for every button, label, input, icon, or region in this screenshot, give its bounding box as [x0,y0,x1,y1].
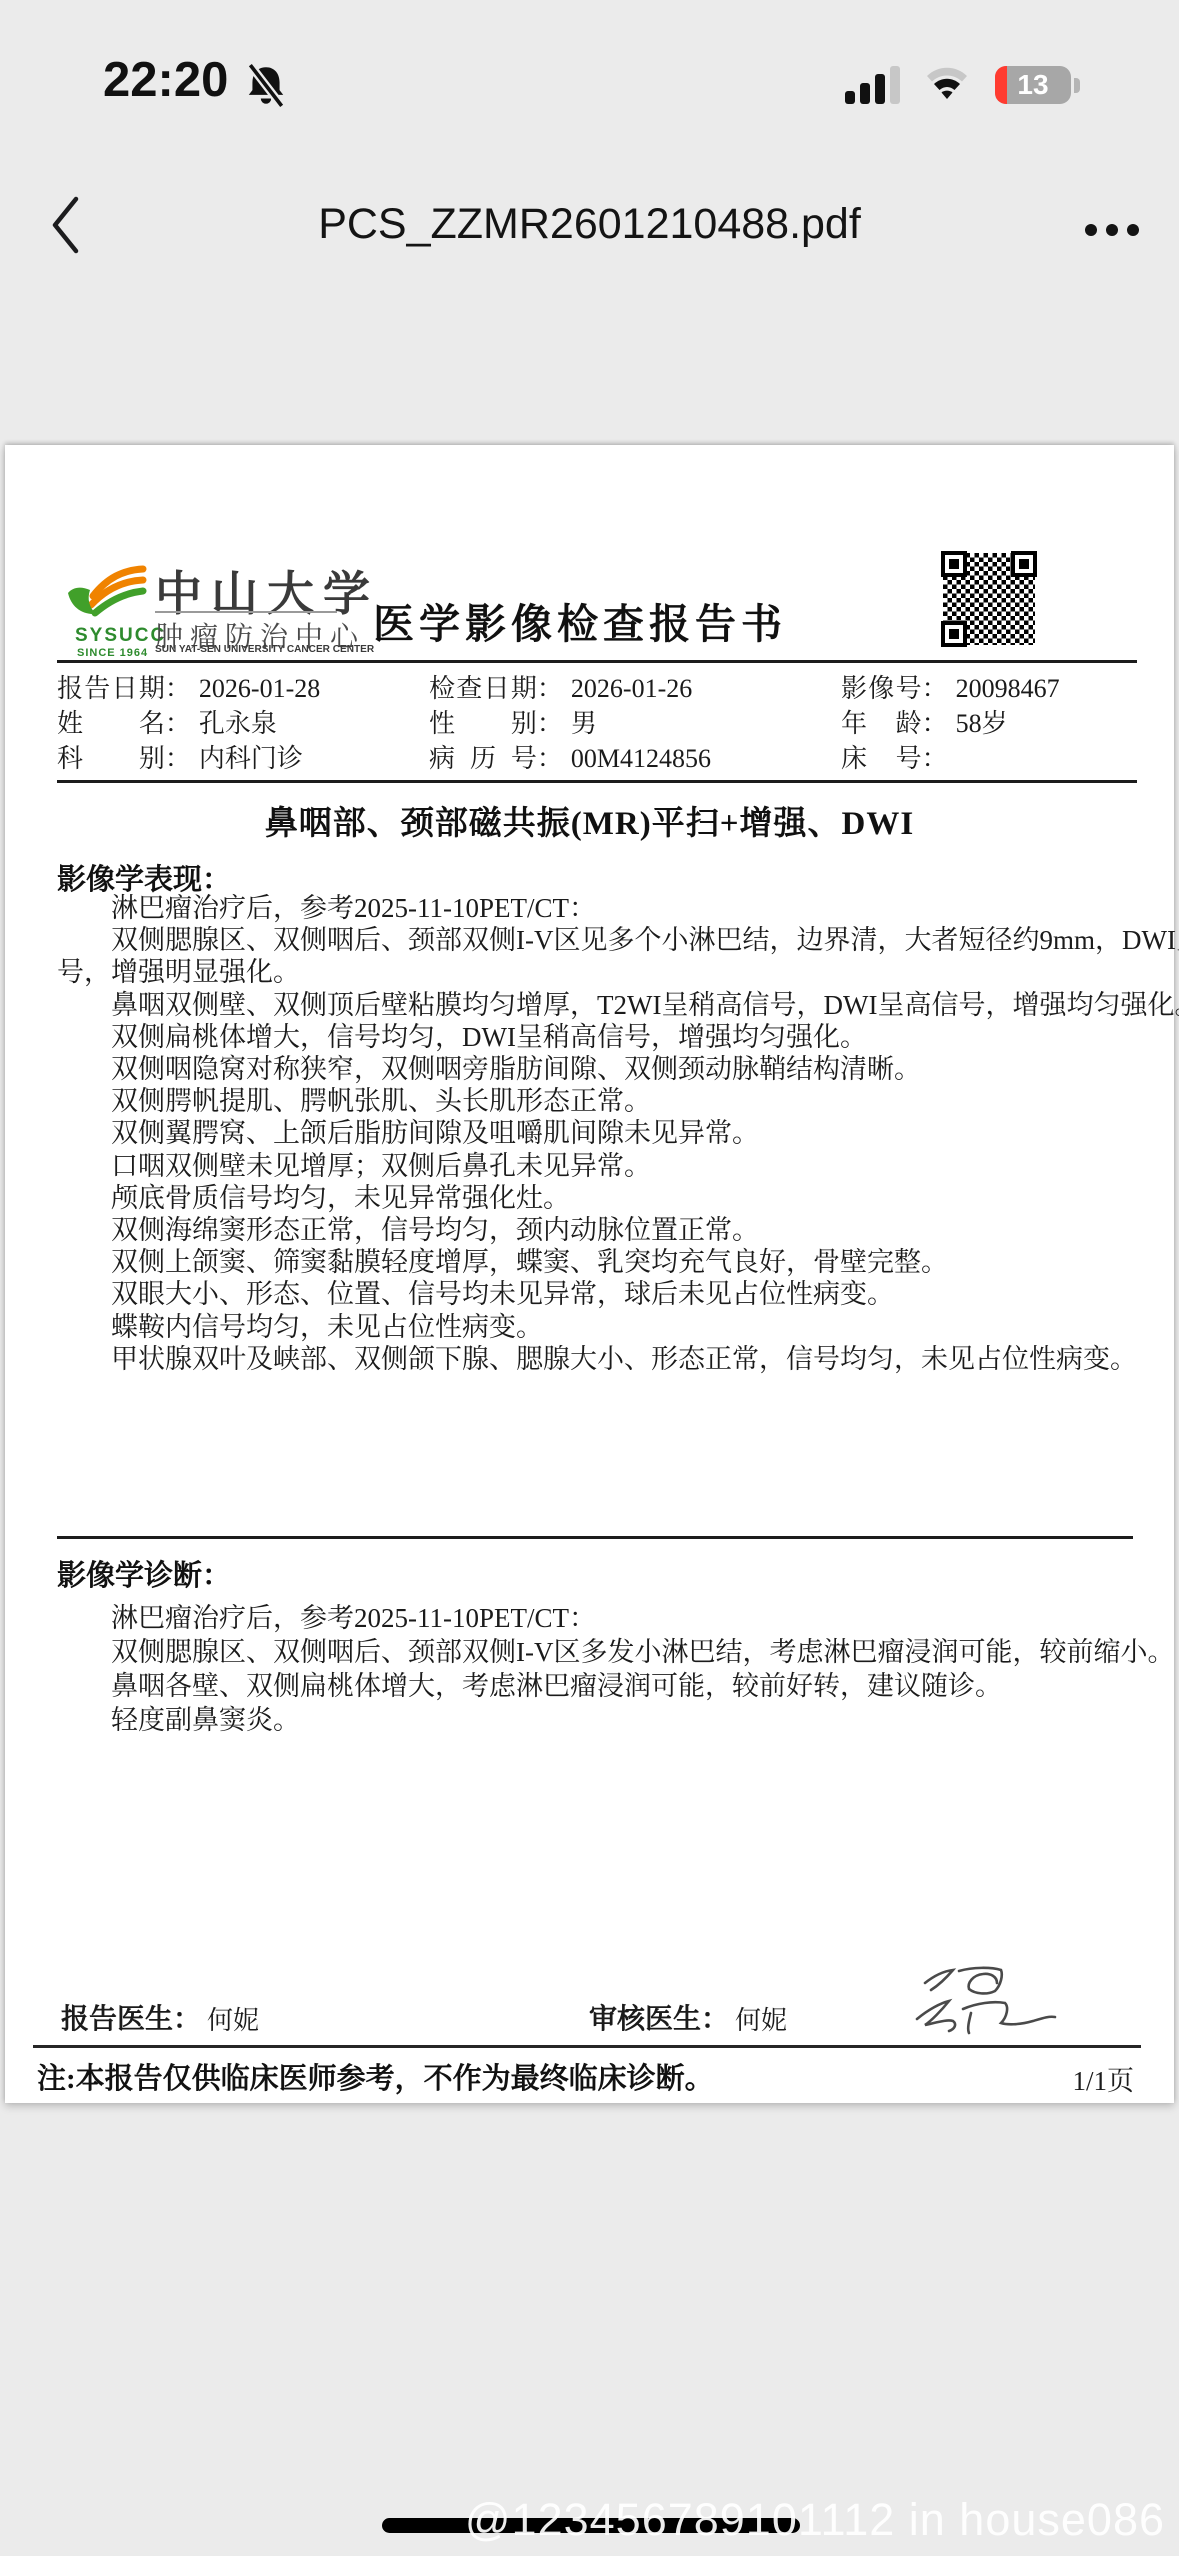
more-options-button[interactable] [1085,224,1139,236]
patient-meta-table: 报告日期：2026-01-28 检查日期：2026-01-26 影像号：2009… [57,660,1137,783]
diagnosis-line: 淋巴瘤治疗后，参考2025-11-10PET/CT： [57,1601,1127,1635]
watermark-text: @123456789101112 in house086 [465,2494,1165,2546]
document-filename-title: PCS_ZZMR2601210488.pdf [120,200,1059,249]
findings-line: 双侧海绵窦形态正常，信号均匀，颈内动脉位置正常。 [57,1214,1127,1246]
page-number: 1/1页 [1072,2059,1134,2098]
report-doctor-label: 报告医生： [61,1997,201,2037]
meta-cell-department: 科别：内科门诊 [57,738,429,775]
notifications-silenced-icon [243,62,289,115]
qr-finder [941,621,967,647]
qr-finder [1011,551,1037,577]
report-doctor-name: 何妮 [207,2000,259,2037]
review-doctor-name: 何妮 [735,2000,787,2037]
meta-cell-age: 年龄：58岁 [841,703,1137,740]
cellular-signal-icon [845,66,905,109]
findings-line: 甲状腺双叶及峡部、双侧颌下腺、腮腺大小、形态正常，信号均匀，未见占位性病变。 [57,1343,1127,1375]
findings-line: 口咽双侧壁未见增厚；双侧后鼻孔未见异常。 [57,1150,1127,1182]
meta-row: 姓名：孔永泉 性别：男 年龄：58岁 [57,703,1137,738]
wifi-icon [925,64,969,109]
findings-line: 双侧腭帆提肌、腭帆张肌、头长肌形态正常。 [57,1085,1127,1117]
disclaimer-note: 注:本报告仅供临床医师参考，不作为最终临床诊断。 [37,2056,714,2097]
pdf-page: SYSUCC SINCE 1964 中山大学 肿瘤防治中心 SUN YAT-SE… [5,445,1174,2103]
findings-line: 双侧翼腭窝、上颌后脂肪间隙及咀嚼肌间隙未见异常。 [57,1117,1127,1149]
hospital-logo-icon [63,560,147,625]
diagnosis-heading: 影像学诊断： [57,1553,231,1594]
meta-cell-record-no: 病历号：00M4124856 [429,738,841,775]
meta-cell-report-date: 报告日期：2026-01-28 [57,668,429,705]
doctor-signature [897,1961,1067,2052]
ellipsis-dot [1085,224,1097,236]
findings-line: 双眼大小、形态、位置、信号均未见异常，球后未见占位性病变。 [57,1278,1127,1310]
back-button[interactable] [48,194,82,256]
findings-line: 双侧腮腺区、双侧咽后、颈部双侧I-V区见多个小淋巴结，边界清，大者短径约9mm，… [57,924,1127,956]
qr-finder [941,551,967,577]
footer-divider [33,2045,1141,2048]
meta-cell-sex: 性别：男 [429,703,841,740]
qr-code [941,551,1037,647]
meta-cell-exam-date: 检查日期：2026-01-26 [429,668,841,705]
ellipsis-dot [1106,224,1118,236]
findings-text: 淋巴瘤治疗后，参考2025-11-10PET/CT： 双侧腮腺区、双侧咽后、颈部… [57,892,1127,1375]
diagnosis-line: 双侧腮腺区、双侧咽后、颈部双侧I-V区多发小淋巴结，考虑淋巴瘤浸润可能，较前缩小… [57,1635,1127,1669]
diagnosis-line: 轻度副鼻窦炎。 [57,1703,1127,1737]
findings-line: 双侧扁桃体增大，信号均匀，DWI呈稍高信号，增强均匀强化。 [57,1021,1127,1053]
review-doctor-label: 审核医生： [589,1997,729,2037]
report-title: 医学影像检查报告书 [345,591,815,650]
ellipsis-dot [1127,224,1139,236]
diagnosis-line: 鼻咽各壁、双侧扁桃体增大，考虑淋巴瘤浸润可能，较前好转，建议随诊。 [57,1669,1127,1703]
exam-title: 鼻咽部、颈部磁共振(MR)平扫+增强、DWI [5,797,1174,844]
battery-nub [1074,78,1080,93]
findings-line: 淋巴瘤治疗后，参考2025-11-10PET/CT： [57,892,1127,924]
findings-line: 双侧咽隐窝对称狭窄，双侧咽旁脂肪间隙、双侧颈动脉鞘结构清晰。 [57,1053,1127,1085]
meta-cell-bed-no: 床号： [841,738,1137,775]
section-divider [57,1536,1133,1539]
findings-line: 鼻咽双侧壁、双侧顶后壁粘膜均匀增厚，T2WI呈稍高信号，DWI呈高信号，增强均匀… [57,989,1127,1021]
logo-acronym: SYSUCC [75,625,166,647]
status-time: 22:20 [103,52,228,108]
findings-line: 号，增强明显强化。 [57,956,1127,988]
battery-percent: 13 [995,66,1071,104]
logo-divider [155,611,337,613]
hospital-name-en: SUN YAT-SEN UNIVERSITY CANCER CENTER [155,643,374,655]
battery-icon: 13 [995,66,1071,104]
logo-since: SINCE 1964 [77,647,148,659]
findings-line: 蝶鞍内信号均匀，未见占位性病变。 [57,1311,1127,1343]
findings-line: 双侧上颌窦、筛窦黏膜轻度增厚，蝶窦、乳突均充气良好，骨壁完整。 [57,1246,1127,1278]
diagnosis-text: 淋巴瘤治疗后，参考2025-11-10PET/CT： 双侧腮腺区、双侧咽后、颈部… [57,1601,1127,1737]
meta-cell-name: 姓名：孔永泉 [57,703,429,740]
findings-line: 颅底骨质信号均匀，未见异常强化灶。 [57,1182,1127,1214]
meta-row: 科别：内科门诊 病历号：00M4124856 床号： [57,738,1137,773]
meta-cell-image-no: 影像号：20098467 [841,668,1137,705]
meta-row: 报告日期：2026-01-28 检查日期：2026-01-26 影像号：2009… [57,668,1137,703]
